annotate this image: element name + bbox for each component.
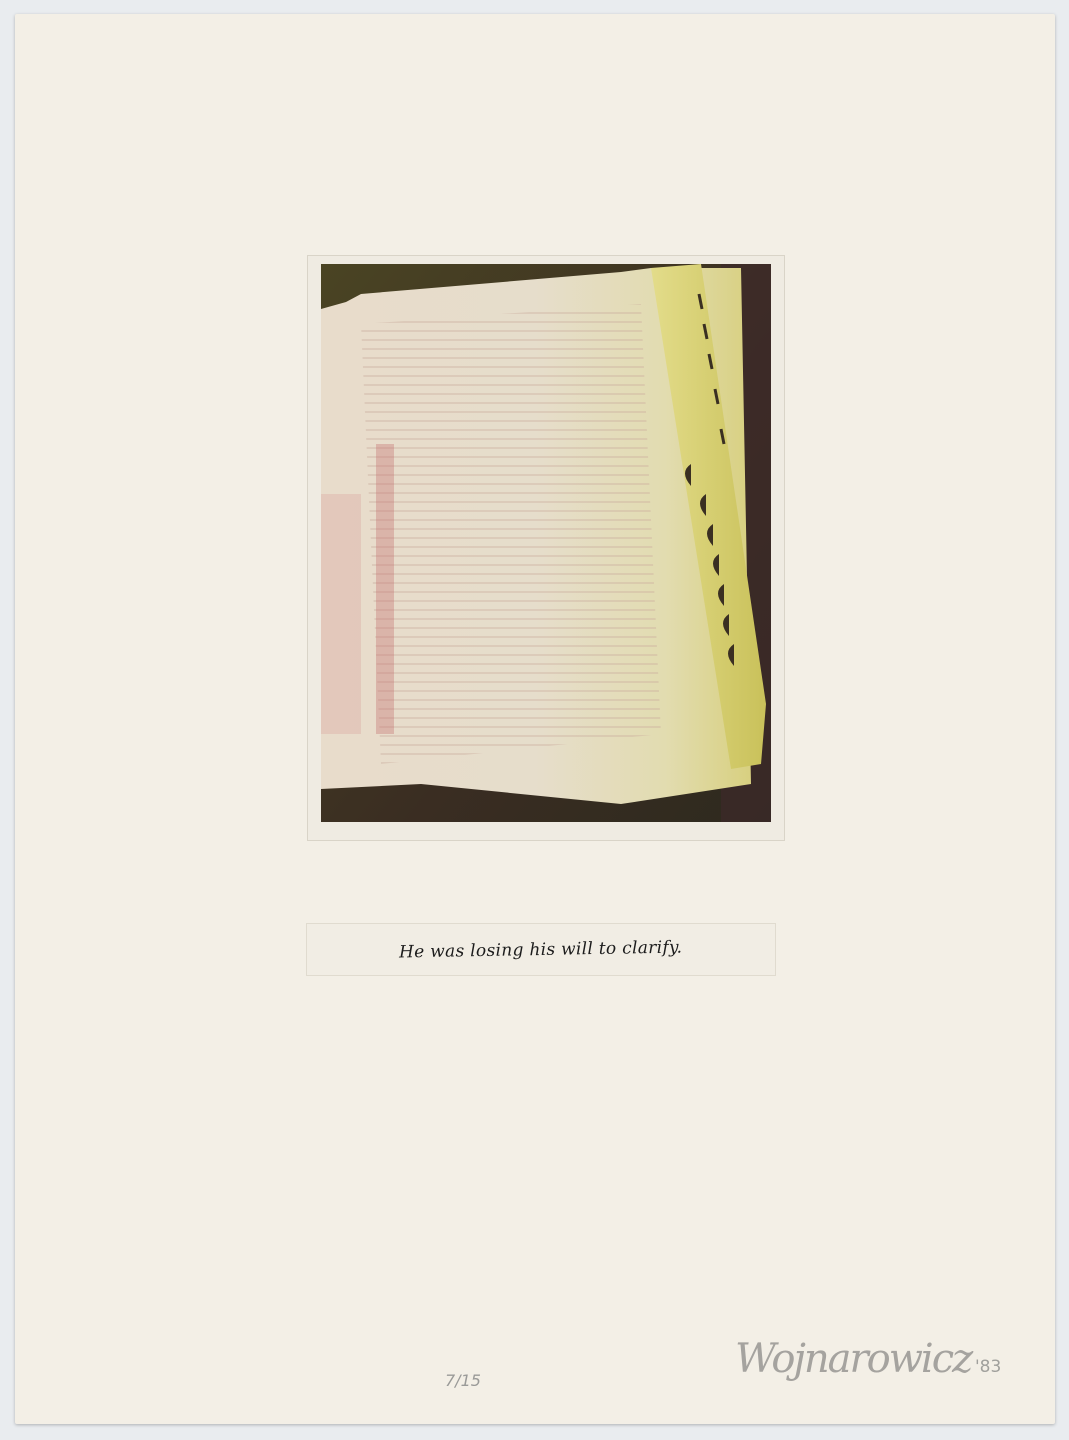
edition-number: 7/15 <box>445 1371 481 1390</box>
book-photograph <box>321 264 771 822</box>
artist-signature: Wojnarowicz <box>735 1336 971 1382</box>
open-book-image <box>321 264 771 822</box>
signature-year: '83 <box>975 1357 1001 1377</box>
caption-plate: He was losing his will to clarify. <box>306 923 776 976</box>
handwritten-caption: He was losing his will to clarify. <box>399 937 683 962</box>
image-plate <box>307 255 785 841</box>
paper-sheet: He was losing his will to clarify. 7/15 … <box>15 14 1055 1424</box>
